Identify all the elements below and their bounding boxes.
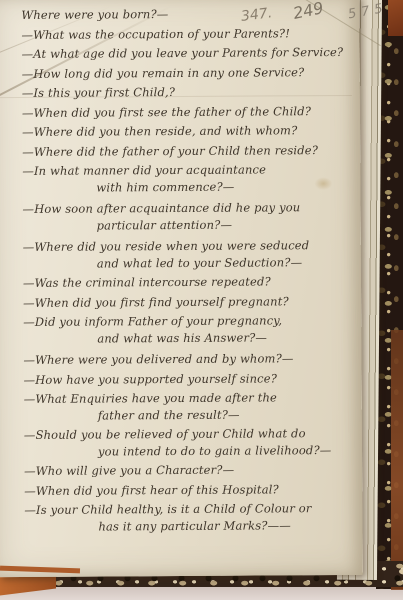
question-text-continued: particular attention?— <box>23 215 347 233</box>
question-text: —Is this your first Child,? <box>22 83 346 101</box>
question-text: —What was the occupation of your Parents… <box>21 24 345 42</box>
question-text: —Was the criminal intercourse repeated? <box>23 273 347 291</box>
question-item: —What was the occupation of your Parents… <box>21 24 345 42</box>
question-text: —Did you inform Father of your pregnancy… <box>23 312 347 330</box>
question-text: —When did you first hear of this Hospita… <box>24 480 348 498</box>
question-item: —How have you supported yourself since? <box>24 369 348 387</box>
manuscript-photo: Where were you born?——What was the occup… <box>0 0 403 600</box>
question-text: —How long did you remain in any one Serv… <box>22 63 346 81</box>
question-text-continued: father and the result?— <box>24 405 348 423</box>
leather-spine-right <box>391 330 403 590</box>
question-item: —Where did the father of your Child then… <box>22 141 346 159</box>
question-text: —What Enquiries have you made after the <box>24 389 348 407</box>
question-text: —Where did you reside when you were sedu… <box>23 237 347 255</box>
manuscript-page: Where were you born?——What was the occup… <box>0 0 363 577</box>
question-item: —Where were you delivered and by whom?— <box>23 350 347 368</box>
leather-corner-top-right <box>388 0 403 36</box>
question-item: —Where did you reside when you were sedu… <box>23 237 347 272</box>
questions-list: Where were you born?——What was the occup… <box>21 5 348 538</box>
question-item: —At what age did you leave your Parents … <box>22 44 346 62</box>
question-text: —Should you be relieved of your Child wh… <box>24 425 348 443</box>
question-text: —When did you first find yourself pregna… <box>23 292 347 310</box>
question-text-continued: and what was his Answer?— <box>23 328 347 346</box>
question-item: —Is your Child healthy, is it a Child of… <box>24 500 348 535</box>
question-item: —Is this your first Child,? <box>22 83 346 101</box>
question-item: —Where did you then reside, and with who… <box>22 122 346 140</box>
question-text: —At what age did you leave your Parents … <box>22 44 346 62</box>
question-item: —How soon after acquaintance did he pay … <box>22 199 346 234</box>
question-text-continued: has it any particular Marks?—— <box>24 516 348 534</box>
question-item: —Was the criminal intercourse repeated? <box>23 273 347 291</box>
question-item: —Should you be relieved of your Child wh… <box>24 425 348 460</box>
question-text: —Where did the father of your Child then… <box>22 141 346 159</box>
question-text: —How have you supported yourself since? <box>24 369 348 387</box>
question-item: —When did you first find yourself pregna… <box>23 292 347 310</box>
question-item: —When did you first see the father of th… <box>22 102 346 120</box>
question-text-continued: with him commence?— <box>22 177 346 195</box>
table-surface <box>0 586 403 600</box>
question-item: —What Enquiries have you made after thef… <box>24 389 348 424</box>
question-text: —Where were you delivered and by whom?— <box>23 350 347 368</box>
question-item: —How long did you remain in any one Serv… <box>22 63 346 81</box>
question-item: —When did you first hear of this Hospita… <box>24 480 348 498</box>
question-text: —How soon after acquaintance did he pay … <box>22 199 346 217</box>
question-text: —Who will give you a Character?— <box>24 461 348 479</box>
question-text: —When did you first see the father of th… <box>22 102 346 120</box>
question-item: —In what manner did your acquaintancewit… <box>22 161 346 196</box>
question-text: —Where did you then reside, and with who… <box>22 122 346 140</box>
question-text-continued: you intend to do to gain a livelihood?— <box>24 441 348 459</box>
question-text: —Is your Child healthy, is it a Child of… <box>24 500 348 518</box>
question-item: —Did you inform Father of your pregnancy… <box>23 312 347 347</box>
question-item: —Who will give you a Character?— <box>24 461 348 479</box>
question-text-continued: and what led to your Seduction?— <box>23 253 347 271</box>
question-text: —In what manner did your acquaintance <box>22 161 346 179</box>
